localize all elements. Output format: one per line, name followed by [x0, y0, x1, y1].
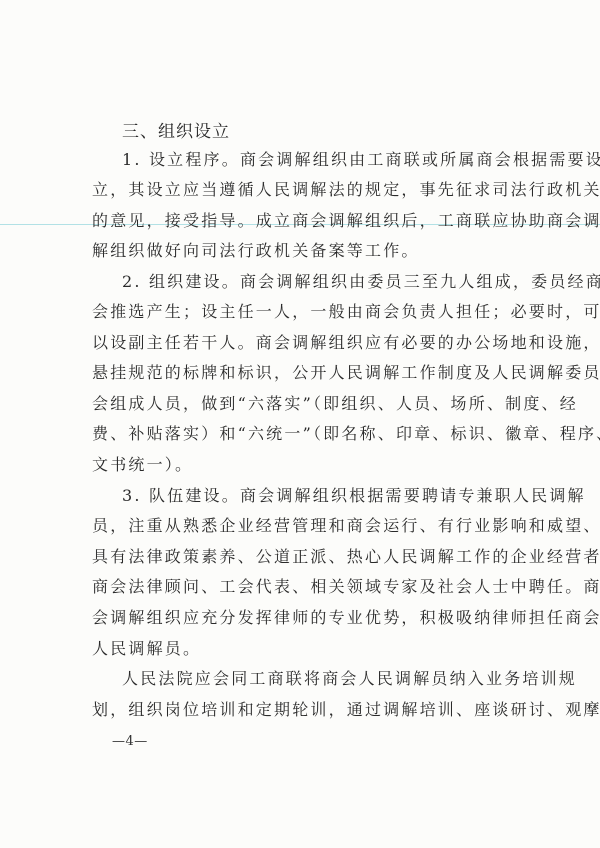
text-line: 商会法律顾问、工会代表、相关领域专家及社会人士中聘任。商	[92, 577, 504, 597]
text-line: 会推选产生；设主任一人，一般由商会负责人担任；必要时，可	[92, 302, 504, 322]
text-line: 人民法院应会同工商联将商会人民调解员纳入业务培训规	[122, 669, 504, 689]
page-number: —4—	[112, 733, 148, 751]
text-line: 解组织做好向司法行政机关备案等工作。	[92, 241, 504, 261]
text-line: 悬挂规范的标牌和标识，公开人民调解工作制度及人民调解委员	[92, 363, 504, 383]
text-line: 会调解组织应充分发挥律师的专业优势，积极吸纳律师担任商会	[92, 608, 504, 628]
text-line: 具有法律政策素养、公道正派、热心人民调解工作的企业经营者、	[92, 547, 504, 567]
text-line: 人民调解员。	[92, 639, 504, 659]
text-line: 2. 组织建设。商会调解组织由委员三至九人组成，委员经商	[122, 272, 504, 292]
section-heading: 三、组织设立	[122, 121, 230, 143]
text-line: 1. 设立程序。商会调解组织由工商联或所属商会根据需要设	[122, 150, 504, 170]
text-line: 划，组织岗位培训和定期轮训，通过调解培训、座谈研讨、观摩	[92, 700, 504, 720]
text-line: 费、补贴落实）和“六统一”（即名称、印章、标识、徽章、程序、	[92, 424, 504, 444]
text-line: 的意见，接受指导。成立商会调解组织后，工商联应协助商会调	[92, 211, 504, 231]
text-line: 以设副主任若干人。商会调解组织应有必要的办公场地和设施，	[92, 333, 504, 353]
text-line: 会组成人员，做到“六落实”（即组织、人员、场所、制度、经	[92, 394, 504, 414]
text-line: 3. 队伍建设。商会调解组织根据需要聘请专兼职人民调解	[122, 486, 504, 506]
text-line: 员，注重从熟悉企业经营管理和商会运行、有行业影响和威望、	[92, 516, 504, 536]
text-line: 立，其设立应当遵循人民调解法的规定，事先征求司法行政机关	[92, 180, 504, 200]
document-page: 三、组织设立 1. 设立程序。商会调解组织由工商联或所属商会根据需要设 立，其设…	[0, 0, 600, 848]
text-line: 文书统一）。	[92, 455, 504, 475]
